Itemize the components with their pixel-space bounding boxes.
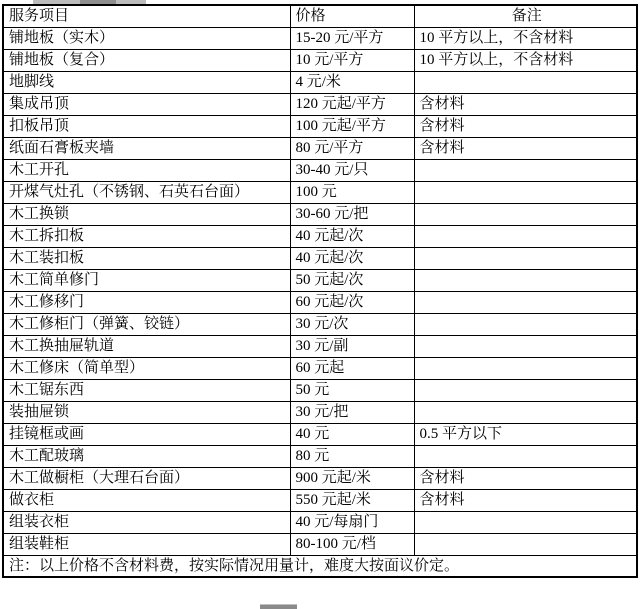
footer-note: 注：以上价格不含材料费，按实际情况用量计，难度大按面议价定。 — [3, 555, 637, 577]
service-item-cell: 地脚线 — [3, 71, 290, 93]
price-cell: 60 元起/次 — [290, 291, 414, 313]
service-item-cell: 铺地板（复合） — [3, 49, 290, 71]
service-item-cell: 开煤气灶孔（不锈钢、石英石台面） — [3, 181, 290, 203]
price-cell: 40 元起/次 — [290, 247, 414, 269]
price-cell: 30-60 元/把 — [290, 203, 414, 225]
service-item-cell: 木工修床（简单型） — [3, 357, 290, 379]
price-cell: 30-40 元/只 — [290, 159, 414, 181]
cropped-scroll-handle-artifact — [260, 604, 297, 609]
table-row: 组装衣柜 40 元/每扇门 — [3, 511, 637, 533]
service-item-cell: 木工修移门 — [3, 291, 290, 313]
price-cell: 900 元起/米 — [290, 467, 414, 489]
price-cell: 40 元 — [290, 423, 414, 445]
table-row: 木工换锁 30-60 元/把 — [3, 203, 637, 225]
service-item-cell: 集成吊顶 — [3, 93, 290, 115]
table-row: 挂镜框或画 40 元 0.5 平方以下 — [3, 423, 637, 445]
service-item-cell: 木工换抽屉轨道 — [3, 335, 290, 357]
table-row: 木工开孔 30-40 元/只 — [3, 159, 637, 181]
service-item-cell: 扣板吊顶 — [3, 115, 290, 137]
table-row: 木工简单修门 50 元起/次 — [3, 269, 637, 291]
table-row: 木工修移门 60 元起/次 — [3, 291, 637, 313]
price-cell: 30 元/把 — [290, 401, 414, 423]
table-row: 铺地板（实木） 15-20 元/平方 10 平方以上，不含材料 — [3, 27, 637, 49]
table-row: 木工修床（简单型） 60 元起 — [3, 357, 637, 379]
price-cell: 30 元/次 — [290, 313, 414, 335]
table-row: 木工配玻璃 80 元 — [3, 445, 637, 467]
price-cell: 100 元 — [290, 181, 414, 203]
service-item-cell: 木工简单修门 — [3, 269, 290, 291]
service-item-cell: 木工装扣板 — [3, 247, 290, 269]
note-cell: 含材料 — [414, 467, 637, 489]
price-cell: 40 元/每扇门 — [290, 511, 414, 533]
service-item-cell: 做衣柜 — [3, 489, 290, 511]
table-row: 开煤气灶孔（不锈钢、石英石台面） 100 元 — [3, 181, 637, 203]
document-page: 服务项目 价格 备注 铺地板（实木） 15-20 元/平方 10 平方以上，不含… — [0, 0, 640, 609]
service-item-cell: 木工做橱柜（大理石台面） — [3, 467, 290, 489]
note-cell — [414, 71, 637, 93]
price-cell: 15-20 元/平方 — [290, 27, 414, 49]
table-row: 木工做橱柜（大理石台面） 900 元起/米 含材料 — [3, 467, 637, 489]
note-cell — [414, 313, 637, 335]
service-item-cell: 木工配玻璃 — [3, 445, 290, 467]
note-cell — [414, 225, 637, 247]
note-cell — [414, 203, 637, 225]
service-item-cell: 木工拆扣板 — [3, 225, 290, 247]
note-cell: 含材料 — [414, 115, 637, 137]
note-cell — [414, 335, 637, 357]
table-row: 木工装扣板 40 元起/次 — [3, 247, 637, 269]
service-item-cell: 纸面石膏板夹墙 — [3, 137, 290, 159]
price-cell: 550 元起/米 — [290, 489, 414, 511]
price-cell: 60 元起 — [290, 357, 414, 379]
price-cell: 50 元起/次 — [290, 269, 414, 291]
service-item-cell: 组装鞋柜 — [3, 533, 290, 555]
header-service-item: 服务项目 — [3, 5, 290, 27]
table-row: 集成吊顶 120 元起/平方 含材料 — [3, 93, 637, 115]
note-cell — [414, 511, 637, 533]
note-cell: 10 平方以上，不含材料 — [414, 49, 637, 71]
note-cell — [414, 533, 637, 555]
note-cell: 含材料 — [414, 93, 637, 115]
table-row: 木工拆扣板 40 元起/次 — [3, 225, 637, 247]
service-item-cell: 木工修柜门（弹簧、铰链） — [3, 313, 290, 335]
note-cell: 含材料 — [414, 489, 637, 511]
service-item-cell: 挂镜框或画 — [3, 423, 290, 445]
table-row: 地脚线 4 元/米 — [3, 71, 637, 93]
price-cell: 30 元/副 — [290, 335, 414, 357]
header-note: 备注 — [414, 5, 637, 27]
note-cell: 含材料 — [414, 137, 637, 159]
price-cell: 50 元 — [290, 379, 414, 401]
price-cell: 120 元起/平方 — [290, 93, 414, 115]
table-row: 木工修柜门（弹簧、铰链） 30 元/次 — [3, 313, 637, 335]
note-cell — [414, 269, 637, 291]
note-cell — [414, 445, 637, 467]
note-cell — [414, 379, 637, 401]
note-cell: 10 平方以上，不含材料 — [414, 27, 637, 49]
service-item-cell: 木工开孔 — [3, 159, 290, 181]
price-cell: 80-100 元/档 — [290, 533, 414, 555]
note-cell — [414, 247, 637, 269]
note-cell: 0.5 平方以下 — [414, 423, 637, 445]
service-item-cell: 铺地板（实木） — [3, 27, 290, 49]
note-cell — [414, 357, 637, 379]
price-cell: 80 元/平方 — [290, 137, 414, 159]
header-row: 服务项目 价格 备注 — [3, 5, 637, 27]
table-row: 木工换抽屉轨道 30 元/副 — [3, 335, 637, 357]
table-row: 装抽屉锁 30 元/把 — [3, 401, 637, 423]
note-cell — [414, 159, 637, 181]
price-cell: 4 元/米 — [290, 71, 414, 93]
price-cell: 80 元 — [290, 445, 414, 467]
service-item-cell: 装抽屉锁 — [3, 401, 290, 423]
table-row: 木工锯东西 50 元 — [3, 379, 637, 401]
note-cell — [414, 401, 637, 423]
table-row: 做衣柜 550 元起/米 含材料 — [3, 489, 637, 511]
service-price-table: 服务项目 价格 备注 铺地板（实木） 15-20 元/平方 10 平方以上，不含… — [2, 4, 638, 578]
footer-row: 注：以上价格不含材料费，按实际情况用量计，难度大按面议价定。 — [3, 555, 637, 577]
header-price: 价格 — [290, 5, 414, 27]
price-cell: 10 元/平方 — [290, 49, 414, 71]
price-cell: 100 元起/平方 — [290, 115, 414, 137]
table-row: 铺地板（复合） 10 元/平方 10 平方以上，不含材料 — [3, 49, 637, 71]
price-cell: 40 元起/次 — [290, 225, 414, 247]
table-body: 铺地板（实木） 15-20 元/平方 10 平方以上，不含材料 铺地板（复合） … — [3, 27, 637, 555]
service-item-cell: 木工锯东西 — [3, 379, 290, 401]
note-cell — [414, 181, 637, 203]
note-cell — [414, 291, 637, 313]
table-row: 组装鞋柜 80-100 元/档 — [3, 533, 637, 555]
service-item-cell: 组装衣柜 — [3, 511, 290, 533]
table-row: 扣板吊顶 100 元起/平方 含材料 — [3, 115, 637, 137]
table-row: 纸面石膏板夹墙 80 元/平方 含材料 — [3, 137, 637, 159]
service-item-cell: 木工换锁 — [3, 203, 290, 225]
